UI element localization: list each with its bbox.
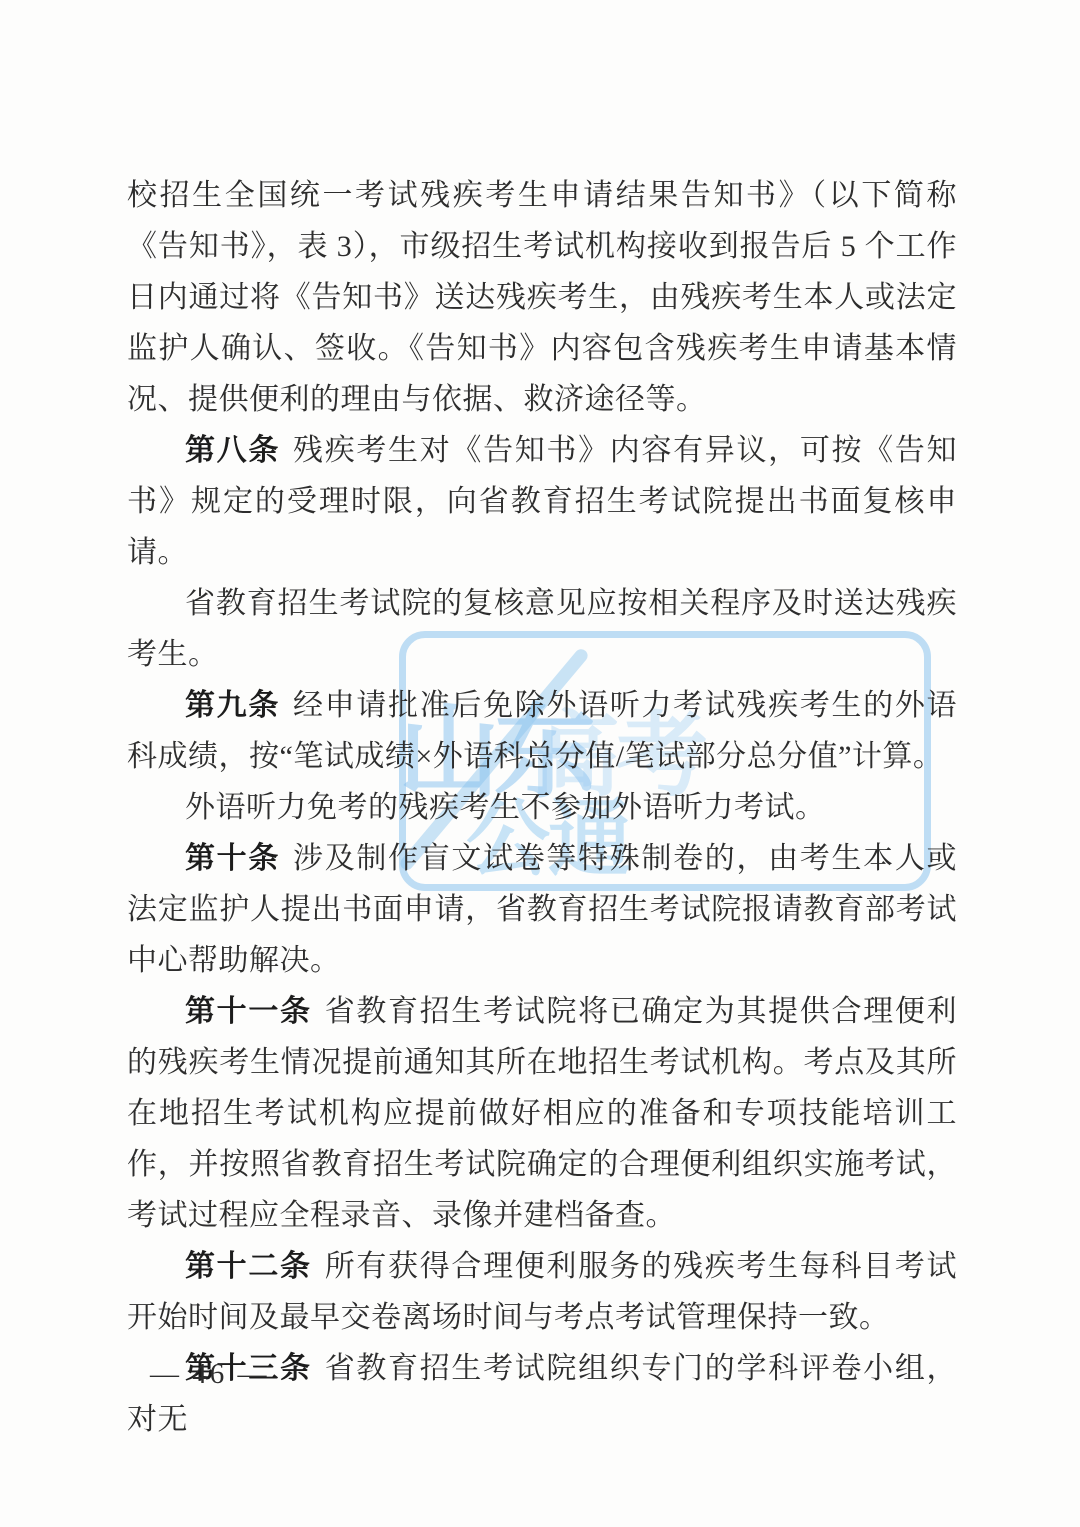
article-label: 第十条 [185,842,280,875]
article-label: 第十二条 [185,1250,312,1283]
paragraph-article-10: 第十条涉及制作盲文试卷等特殊制卷的，由考生本人或法定监护人提出书面申请，省教育招… [127,833,957,986]
paragraph-listening-exemption: 外语听力免考的残疾考生不参加外语听力考试。 [127,782,957,833]
page-number: — 46 — [150,1358,270,1391]
article-label: 第八条 [185,434,280,467]
paragraph-text: 省教育招生考试院的复核意见应按相关程序及时送达残疾考生。 [127,587,957,671]
article-label: 第十一条 [185,995,312,1028]
paragraph-continuation: 校招生全国统一考试残疾考生申请结果告知书》（以下简称《告知书》，表 3），市级招… [127,170,957,425]
document-body: 校招生全国统一考试残疾考生申请结果告知书》（以下简称《告知书》，表 3），市级招… [127,170,957,1445]
paragraph-text: 校招生全国统一考试残疾考生申请结果告知书》（以下简称《告知书》，表 3），市级招… [127,179,957,416]
document-page: 山东 高考 公通 校招生全国统一考试残疾考生申请结果告知书》（以下简称《告知书》… [0,0,1080,1527]
paragraph-text: 省教育招生考试院将已确定为其提供合理便利的残疾考生情况提前通知其所在地招生考试机… [127,995,957,1232]
paragraph-article-12: 第十二条所有获得合理便利服务的残疾考生每科目考试开始时间及最早交卷离场时间与考点… [127,1241,957,1343]
paragraph-review-notice: 省教育招生考试院的复核意见应按相关程序及时送达残疾考生。 [127,578,957,680]
paragraph-article-8: 第八条残疾考生对《告知书》内容有异议，可按《告知书》规定的受理时限，向省教育招生… [127,425,957,578]
paragraph-article-9: 第九条经申请批准后免除外语听力考试残疾考生的外语科成绩，按“笔试成绩×外语科总分… [127,680,957,782]
article-label: 第九条 [185,689,280,722]
paragraph-text: 外语听力免考的残疾考生不参加外语听力考试。 [185,791,826,824]
paragraph-article-11: 第十一条省教育招生考试院将已确定为其提供合理便利的残疾考生情况提前通知其所在地招… [127,986,957,1241]
